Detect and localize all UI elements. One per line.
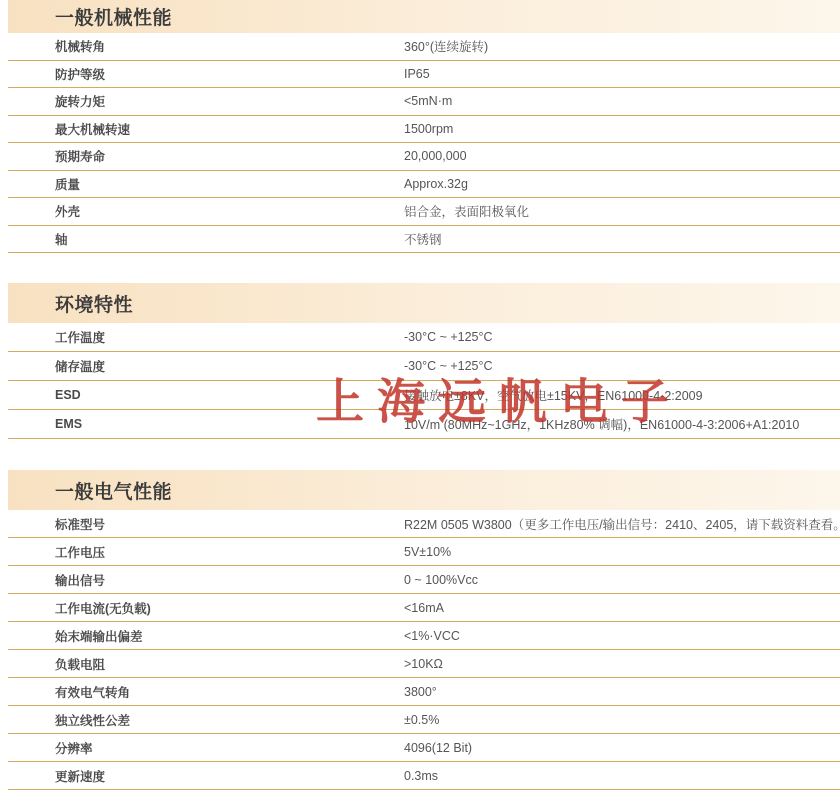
section-header-mechanical: 一般机械性能 (8, 0, 840, 33)
table-row: 工作电压 5V±10% (8, 538, 840, 566)
spec-label: 有效电气转角 (55, 683, 404, 701)
section-header-environmental: 环境特性 (8, 283, 840, 323)
spec-label: 外壳 (55, 202, 404, 220)
spec-label: 预期寿命 (55, 147, 404, 165)
spec-value: 360°(连续旋转) (404, 37, 840, 55)
spec-value: 1500rpm (404, 122, 840, 136)
table-row: 更新速度 0.3ms (8, 762, 840, 790)
spec-label: 独立线性公差 (55, 711, 404, 729)
spec-label: 防护等级 (55, 65, 404, 83)
spec-table-mechanical: 机械转角 360°(连续旋转) 防护等级 IP65 旋转力矩 <5mN·m 最大… (8, 33, 840, 253)
spec-value: >10KΩ (404, 657, 840, 671)
spec-label: 轴 (55, 230, 404, 248)
spec-value: R22M 0505 W3800（更多工作电压/输出信号：2410、2405，请下… (404, 515, 840, 533)
table-row: 始末端输出偏差 <1%·VCC (8, 622, 840, 650)
table-row: 最大机械转速 1500rpm (8, 116, 840, 144)
spec-label: 工作温度 (55, 328, 404, 346)
spec-label: 工作电压 (55, 543, 404, 561)
spec-value: ±0.5% (404, 713, 840, 727)
section-electrical: 一般电气性能 标准型号 R22M 0505 W3800（更多工作电压/输出信号：… (8, 470, 840, 790)
spec-value: -30°C ~ +125°C (404, 359, 840, 373)
table-row: 防护等级 IP65 (8, 61, 840, 89)
spec-label: 质量 (55, 175, 404, 193)
spec-value: 0 ~ 100%Vcc (404, 573, 840, 587)
spec-value: 4096(12 Bit) (404, 741, 840, 755)
table-row: 输出信号 0 ~ 100%Vcc (8, 566, 840, 594)
spec-value: 5V±10% (404, 545, 840, 559)
spec-value: 10V/m (80MHz~1GHz，1KHz80% 调幅)，EN61000-4-… (404, 415, 840, 433)
spec-label: 最大机械转速 (55, 120, 404, 138)
section-title: 环境特性 (55, 290, 133, 317)
table-row: 外壳 铝合金，表面阳极氧化 (8, 198, 840, 226)
table-row: EMS 10V/m (80MHz~1GHz，1KHz80% 调幅)，EN6100… (8, 410, 840, 439)
spec-value: <5mN·m (404, 94, 840, 108)
section-gap (8, 439, 840, 470)
table-row: 预期寿命 20,000,000 (8, 143, 840, 171)
table-row: 标准型号 R22M 0505 W3800（更多工作电压/输出信号：2410、24… (8, 510, 840, 538)
section-environmental: 环境特性 工作温度 -30°C ~ +125°C 储存温度 -30°C ~ +1… (8, 283, 840, 439)
spec-value: 不锈钢 (404, 230, 840, 248)
spec-value: 0.3ms (404, 769, 840, 783)
table-row: 工作电流(无负载) <16mA (8, 594, 840, 622)
spec-value: IP65 (404, 67, 840, 81)
spec-value: <1%·VCC (404, 629, 840, 643)
spec-value: <16mA (404, 601, 840, 615)
section-mechanical: 一般机械性能 机械转角 360°(连续旋转) 防护等级 IP65 旋转力矩 <5… (8, 0, 840, 253)
spec-table-electrical: 标准型号 R22M 0505 W3800（更多工作电压/输出信号：2410、24… (8, 510, 840, 790)
table-row: 储存温度 -30°C ~ +125°C (8, 352, 840, 381)
table-row: 有效电气转角 3800° (8, 678, 840, 706)
spec-label: 工作电流(无负载) (55, 599, 404, 617)
section-title: 一般电气性能 (55, 477, 172, 504)
spec-label: 负载电阻 (55, 655, 404, 673)
table-row: 负载电阻 >10KΩ (8, 650, 840, 678)
spec-value: Approx.32g (404, 177, 840, 191)
section-header-electrical: 一般电气性能 (8, 470, 840, 510)
table-row: 旋转力矩 <5mN·m (8, 88, 840, 116)
spec-label: ESD (55, 388, 404, 402)
table-row: 独立线性公差 ±0.5% (8, 706, 840, 734)
section-title: 一般机械性能 (55, 3, 172, 30)
table-row: 质量 Approx.32g (8, 171, 840, 199)
spec-label: 标准型号 (55, 515, 404, 533)
spec-value: 3800° (404, 685, 840, 699)
spec-label: 输出信号 (55, 571, 404, 589)
spec-label: 分辨率 (55, 739, 404, 757)
table-row: 工作温度 -30°C ~ +125°C (8, 323, 840, 352)
spec-value: 接触放电±8KV，空气放电±15KV，EN61000-4-2:2009 (404, 386, 840, 404)
section-gap (8, 253, 840, 283)
spec-label: 更新速度 (55, 767, 404, 785)
spec-label: 旋转力矩 (55, 92, 404, 110)
spec-value: -30°C ~ +125°C (404, 330, 840, 344)
spec-label: 始末端输出偏差 (55, 627, 404, 645)
spec-label: 机械转角 (55, 37, 404, 55)
spec-label: 储存温度 (55, 357, 404, 375)
spec-label: EMS (55, 417, 404, 431)
table-row: 分辨率 4096(12 Bit) (8, 734, 840, 762)
spec-value: 20,000,000 (404, 149, 840, 163)
table-row: ESD 接触放电±8KV，空气放电±15KV，EN61000-4-2:2009 (8, 381, 840, 410)
table-row: 轴 不锈钢 (8, 226, 840, 254)
spec-page: 一般机械性能 机械转角 360°(连续旋转) 防护等级 IP65 旋转力矩 <5… (8, 0, 840, 790)
spec-value: 铝合金，表面阳极氧化 (404, 202, 840, 220)
table-row: 机械转角 360°(连续旋转) (8, 33, 840, 61)
spec-table-environmental: 工作温度 -30°C ~ +125°C 储存温度 -30°C ~ +125°C … (8, 323, 840, 439)
